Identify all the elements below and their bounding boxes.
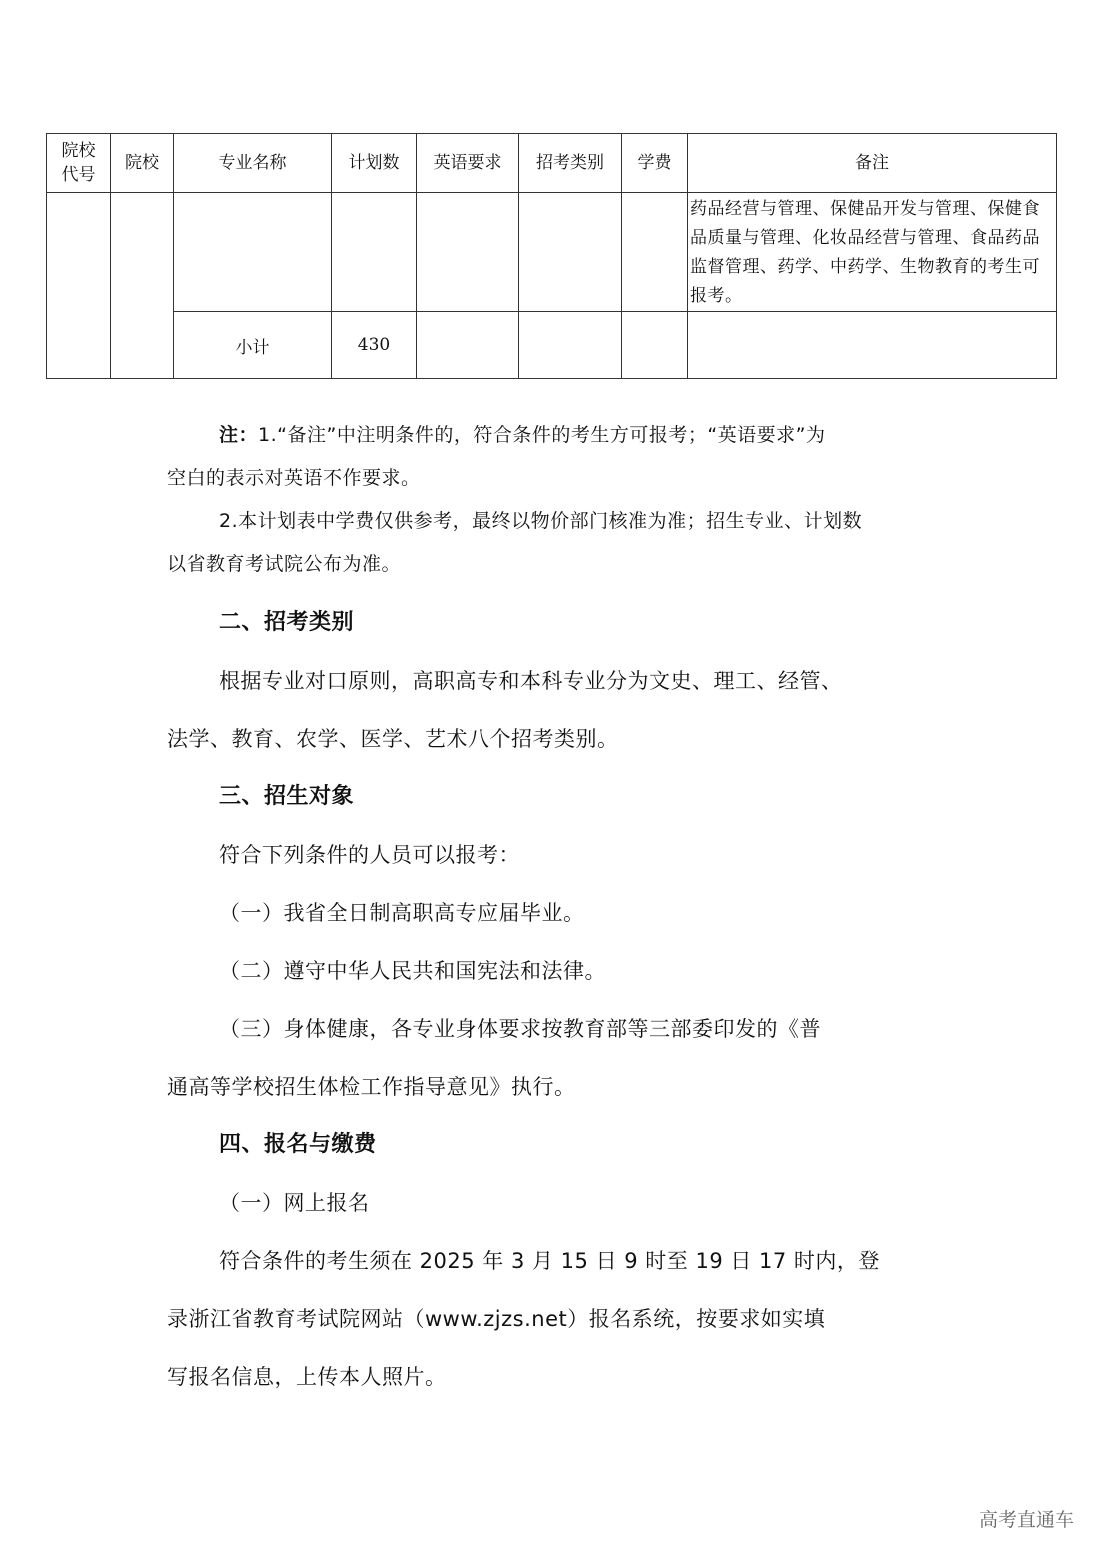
cell-major [174,193,332,312]
section-2-para: 根据专业对口原则，高职高专和本科专业分为文史、理工、经管、 [167,652,942,710]
section-4-para-cont2: 写报名信息，上传本人照片。 [167,1348,942,1406]
body-text: 二、招考类别 根据专业对口原则，高职高专和本科专业分为文史、理工、经管、 法学、… [167,594,942,1406]
section-2-title: 二、招考类别 [167,594,942,652]
section-2-para-cont: 法学、教育、农学、医学、艺术八个招考类别。 [167,710,942,768]
header-english: 英语要求 [417,134,519,193]
cell-plan-count [332,193,417,312]
notes-block: 注：1.“备注”中注明条件的，符合条件的考生方可报考；“英语要求”为 空白的表示… [167,414,942,586]
enrollment-plan-table: 院校代号 院校 专业名称 计划数 英语要求 招考类别 学费 备注 药品经营与管理… [46,133,1057,379]
header-remark: 备注 [688,134,1057,193]
section-3-item-3: （三）身体健康，各专业身体要求按教育部等三部委印发的《普 [167,1000,942,1058]
cell-school [111,193,174,379]
subtotal-plan-count: 430 [332,312,417,379]
watermark: 高考直通车 [979,1505,1074,1532]
cell-category [519,193,622,312]
header-major: 专业名称 [174,134,332,193]
note-2-cont: 以省教育考试院公布为准。 [167,543,942,586]
subtotal-label: 小计 [174,312,332,379]
header-school: 院校 [111,134,174,193]
section-4-para-cont: 录浙江省教育考试院网站（www.zjzs.net）报名系统，按要求如实填 [167,1290,942,1348]
note-1-cont: 空白的表示对英语不作要求。 [167,457,942,500]
header-plan-count: 计划数 [332,134,417,193]
section-3-item-3-cont: 通高等学校招生体检工作指导意见》执行。 [167,1058,942,1116]
section-4-para: 符合条件的考生须在 2025 年 3 月 15 日 9 时至 19 日 17 时… [167,1232,942,1290]
note-1: 注：1.“备注”中注明条件的，符合条件的考生方可报考；“英语要求”为 [167,414,942,457]
section-4-title: 四、报名与缴费 [167,1116,942,1174]
cell-empty [688,312,1057,379]
cell-school-code [47,193,111,379]
cell-remark: 药品经营与管理、保健品开发与管理、保健食品质量与管理、化妆品经营与管理、食品药品… [688,193,1057,312]
section-3-item-1: （一）我省全日制高职高专应届毕业。 [167,884,942,942]
section-3-intro: 符合下列条件的人员可以报考： [167,826,942,884]
cell-empty [622,312,688,379]
note-2: 2.本计划表中学费仅供参考，最终以物价部门核准为准；招生专业、计划数 [167,500,942,543]
header-category: 招考类别 [519,134,622,193]
cell-english [417,193,519,312]
section-3-title: 三、招生对象 [167,768,942,826]
cell-empty [417,312,519,379]
header-school-code: 院校代号 [47,134,111,193]
cell-tuition [622,193,688,312]
table-header-row: 院校代号 院校 专业名称 计划数 英语要求 招考类别 学费 备注 [47,134,1057,193]
section-3-item-2: （二）遵守中华人民共和国宪法和法律。 [167,942,942,1000]
header-tuition: 学费 [622,134,688,193]
cell-empty [519,312,622,379]
section-4-subtitle: （一）网上报名 [167,1174,942,1232]
table-row: 药品经营与管理、保健品开发与管理、保健食品质量与管理、化妆品经营与管理、食品药品… [47,193,1057,312]
subtotal-row: 小计 430 [47,312,1057,379]
